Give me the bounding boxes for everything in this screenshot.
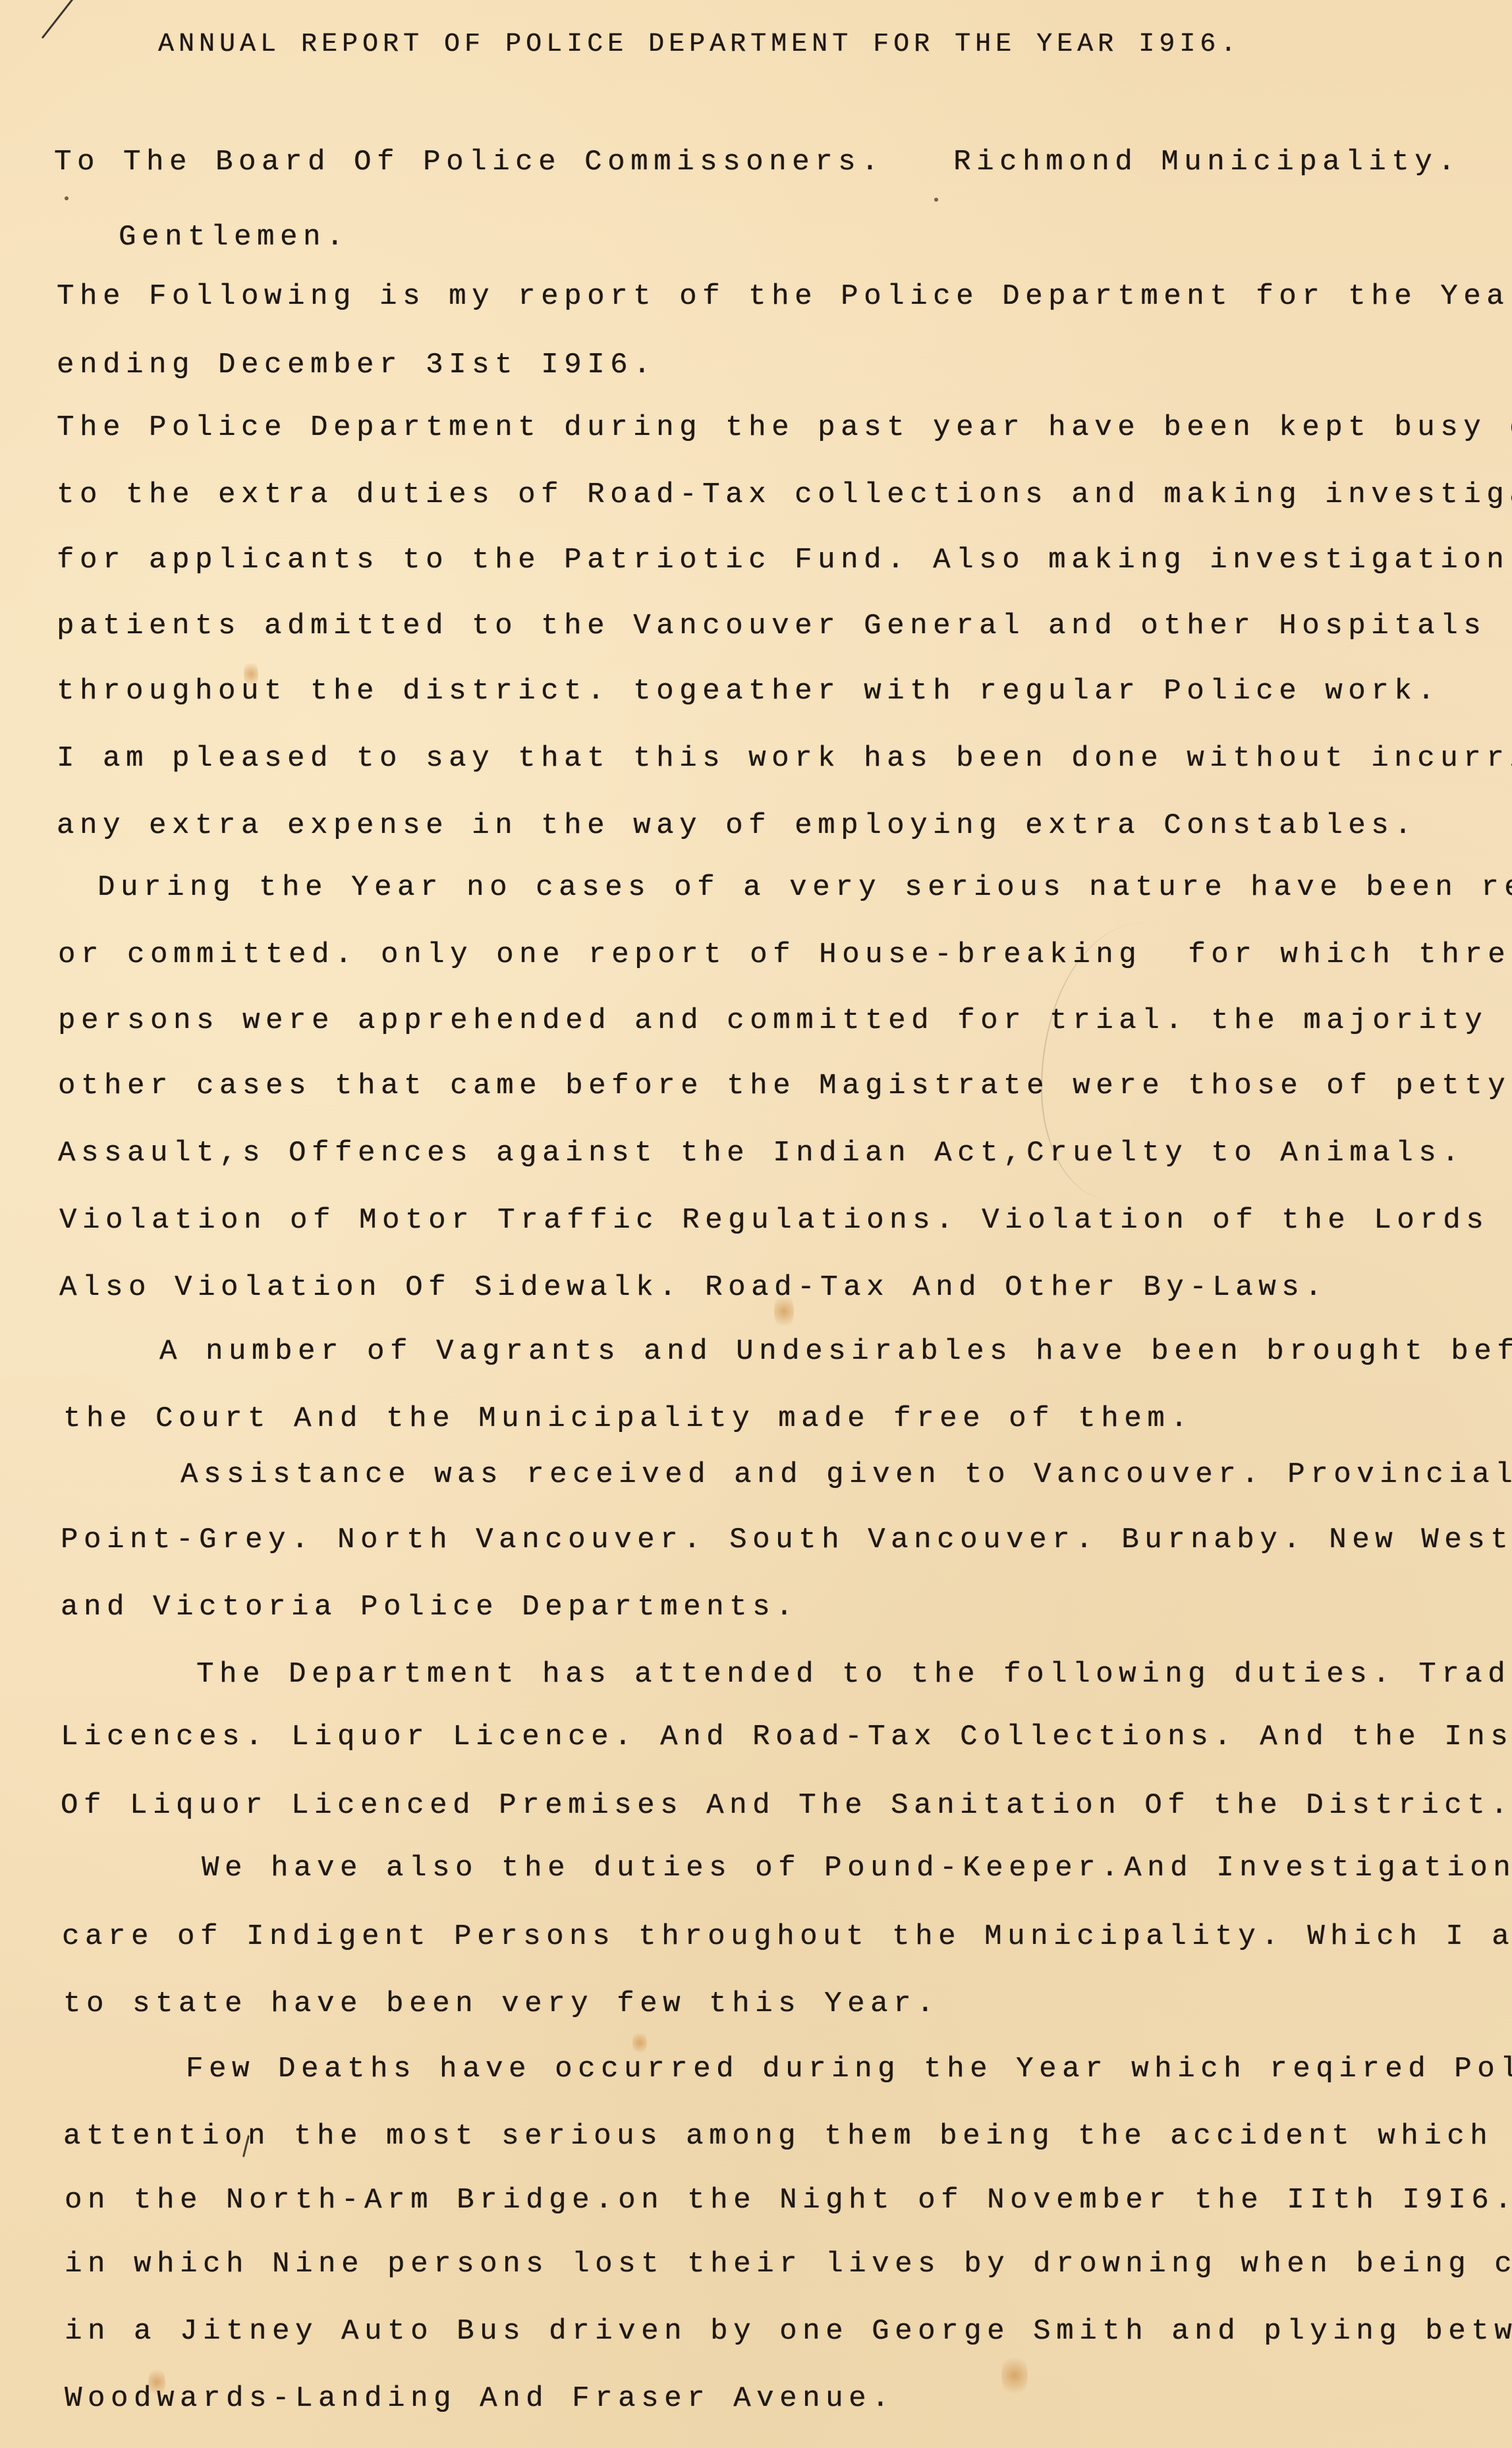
addressee-line: To The Board Of Police Commissoners. Ric… — [54, 148, 1461, 177]
body-line: persons were apprehended and committed f… — [58, 1006, 1512, 1035]
body-line: We have also the duties of Pound-Keeper.… — [202, 1854, 1512, 1883]
paper-stain — [1001, 2352, 1028, 2399]
body-line: throughout the district. togeather with … — [57, 677, 1440, 706]
body-line: in which Nine persons lost their lives b… — [65, 2250, 1512, 2279]
typewritten-report-page: ANNUAL REPORT OF POLICE DEPARTMENT FOR T… — [0, 0, 1512, 2448]
salutation: Gentlemen. — [119, 223, 349, 252]
body-line: and Victoria Police Departments. — [61, 1593, 798, 1622]
body-line: for applicants to the Patriotic Fund. Al… — [57, 546, 1512, 575]
body-line: Woodwards-Landing And Fraser Avenue. — [65, 2384, 895, 2413]
body-line: any extra expense in the way of employin… — [57, 811, 1417, 840]
body-line: attention the most serious among them be… — [63, 2122, 1512, 2151]
body-line: During the Year no cases of a very serio… — [98, 873, 1512, 902]
body-line: Assault,s Offences against the Indian Ac… — [58, 1139, 1465, 1168]
body-line: patients admitted to the Vancouver Gener… — [57, 612, 1486, 640]
ink-speck — [65, 196, 69, 200]
paper-stain — [632, 2030, 647, 2056]
body-line: Violation of Motor Traffic Regulations. … — [59, 1206, 1512, 1235]
pen-mark — [42, 0, 76, 39]
body-line: The Department has attended to the follo… — [196, 1660, 1512, 1689]
body-line: or committed. only one report of House-b… — [58, 940, 1512, 969]
body-line: Few Deaths have occurred during the Year… — [186, 2055, 1512, 2084]
body-line: Of Liquor Licenced Premises And The Sani… — [61, 1791, 1512, 1820]
body-line: care of Indigent Persons throughout the … — [62, 1922, 1512, 1951]
body-line: A number of Vagrants and Undesirables ha… — [159, 1337, 1512, 1366]
body-line: to state have been very few this Year. — [63, 1989, 939, 2018]
report-title: ANNUAL REPORT OF POLICE DEPARTMENT FOR T… — [158, 32, 1241, 58]
body-line: ending December 3Ist I9I6. — [57, 351, 656, 380]
body-line: in a Jitney Auto Bus driven by one Georg… — [65, 2317, 1512, 2346]
body-line: other cases that came before the Magistr… — [58, 1071, 1512, 1100]
body-line: the Court And the Municipality made free… — [63, 1404, 1193, 1433]
body-line: Also Violation Of Sidewalk. Road-Tax And… — [59, 1273, 1328, 1302]
body-line: I am pleased to say that this work has b… — [57, 744, 1512, 773]
body-line: to the extra duties of Road-Tax collecti… — [57, 480, 1512, 509]
body-line: Point-Grey. North Vancouver. South Vanco… — [61, 1525, 1512, 1554]
body-line: The Police Department during the past ye… — [57, 413, 1512, 442]
body-line: The Following is my report of the Police… — [57, 282, 1512, 311]
body-line: Licences. Liquor Licence. And Road-Tax C… — [61, 1722, 1512, 1751]
body-line: on the North-Arm Bridge.on the Night of … — [65, 2186, 1512, 2215]
body-line: Assistance was received and given to Van… — [181, 1460, 1512, 1489]
ink-speck — [934, 198, 938, 202]
